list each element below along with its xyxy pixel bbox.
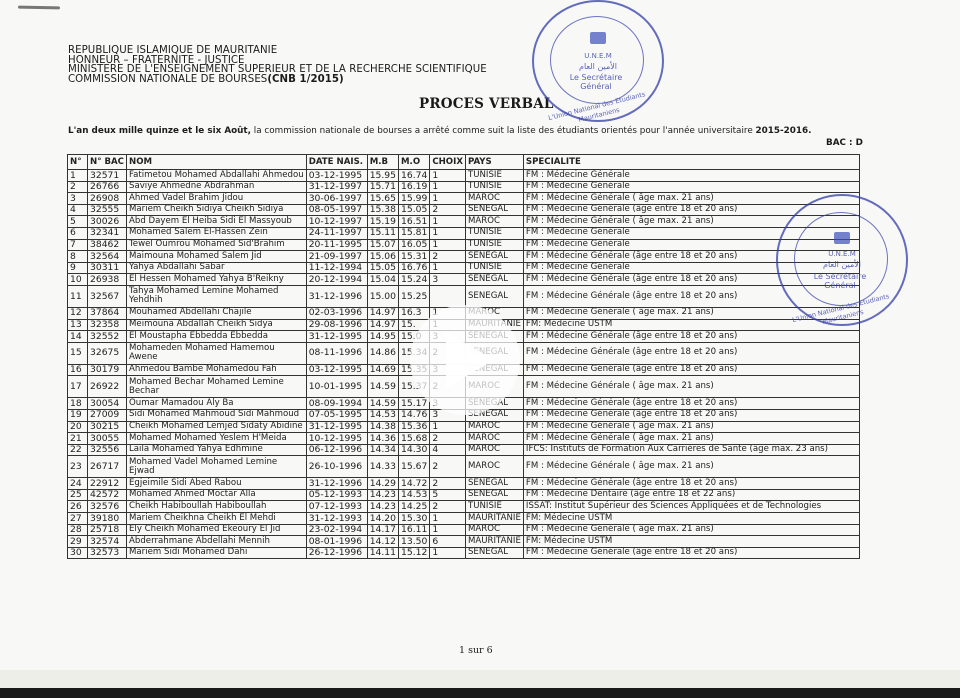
cell-bac: 26717 — [88, 456, 127, 478]
cell-nom: Egjeimile Sidi Abed Rabou — [127, 478, 307, 490]
cell-choix: 2 — [430, 478, 466, 490]
cell-mb: 14.53 — [367, 409, 398, 421]
cell-mo: 14.30 — [399, 444, 430, 456]
cell-nom: Ahmedou Bambe Mohamedou Fah — [127, 364, 307, 376]
cell-mb: 15.00 — [367, 285, 398, 307]
cell-nom: Ely Cheikh Mohamed Ekeoury El Jid — [127, 524, 307, 536]
cell-date: 08-09-1994 — [306, 398, 367, 410]
cell-choix: 1 — [430, 513, 466, 525]
cell-no: 16 — [68, 364, 88, 376]
table-row: 3032573Mariem Sidi Mohamed Dahi26-12-199… — [68, 547, 860, 559]
cell-bac: 32564 — [88, 251, 127, 263]
cell-mo: 15.05 — [399, 204, 430, 216]
cell-no: 14 — [68, 331, 88, 343]
cell-choix: 2 — [430, 433, 466, 445]
cell-nom: Tahya Mohamed Lemine Mohamed Yehdhih — [127, 285, 307, 307]
table-row: 2739180Mariem Cheikhna Cheikh El Mehdi31… — [68, 513, 860, 525]
cell-date: 07-12-1993 — [306, 501, 367, 513]
cell-mb: 14.17 — [367, 524, 398, 536]
cell-bac: 26908 — [88, 193, 127, 205]
table-row: 832564Maimouna Mohamed Salem Jid21-09-19… — [68, 251, 860, 263]
table-row: 2130055Mohamed Mohamed Yeslem H'Meida10-… — [68, 433, 860, 445]
table-header-row: N° N° BAC NOM DATE NAIS. M.B M.O CHOIX P… — [68, 155, 860, 170]
cell-nom: Mohamed Vadel Mohamed Lemine Ejwad — [127, 456, 307, 478]
cell-date: 10-01-1995 — [306, 376, 367, 398]
cell-pays: MAROC — [465, 193, 523, 205]
cell-date: 20-11-1995 — [306, 239, 367, 251]
cell-mo: 15.25 — [399, 285, 430, 307]
cell-date: 31-12-1996 — [306, 285, 367, 307]
intro-year: 2015-2016. — [756, 126, 812, 136]
intro-date: L'an deux mille quinze et le six Août, — [68, 126, 251, 136]
cell-no: 8 — [68, 251, 88, 263]
cell-date: 08-05-1997 — [306, 204, 367, 216]
cell-pays: TUNISIE — [465, 262, 523, 274]
cell-date: 24-11-1997 — [306, 227, 367, 239]
cell-mo: 16.74 — [399, 170, 430, 182]
cell-specialite: IFCS: Instituts de Formation Aux Carrièr… — [523, 444, 859, 456]
cell-mb: 15.38 — [367, 204, 398, 216]
cell-choix: 1 — [430, 181, 466, 193]
cell-no: 15 — [68, 342, 88, 364]
cell-choix: 1 — [430, 216, 466, 228]
cell-mb: 14.86 — [367, 342, 398, 364]
cell-no: 11 — [68, 285, 88, 307]
cell-nom: Yahya Abdallahi Sabar — [127, 262, 307, 274]
col-header-mb: M.B — [367, 155, 398, 170]
cell-no: 2 — [68, 181, 88, 193]
cell-mb: 14.36 — [367, 433, 398, 445]
cell-no: 23 — [68, 456, 88, 478]
cell-pays: SENEGAL — [465, 204, 523, 216]
cell-pays: SENEGAL — [465, 251, 523, 263]
cell-bac: 30055 — [88, 433, 127, 445]
cell-specialite: FM : Médecine Générale (âge entre 18 et … — [523, 285, 859, 307]
cell-date: 26-12-1996 — [306, 547, 367, 559]
col-header-nom: NOM — [127, 155, 307, 170]
cell-no: 5 — [68, 216, 88, 228]
cell-pays: MAROC — [465, 421, 523, 433]
cell-bac: 32556 — [88, 444, 127, 456]
cell-specialite: FM : Médecine Générale ( âge max. 21 ans… — [523, 433, 859, 445]
table-row: 432555Mariem Cheikh Sidiya Cheikh Sidiya… — [68, 204, 860, 216]
col-header-mo: M.O — [399, 155, 430, 170]
cell-specialite: FM : Médecine Générale — [523, 239, 859, 251]
cell-nom: Maimouna Mohamed Salem Jid — [127, 251, 307, 263]
document-title: PROCES VERBAL — [419, 96, 554, 112]
table-row: 2632576Cheikh Habiboullah Habiboullah07-… — [68, 501, 860, 513]
cell-specialite: FM : Médecine Générale (âge entre 18 et … — [523, 204, 859, 216]
cell-mb: 14.38 — [367, 421, 398, 433]
cell-nom: Mouhamed Abdellahi Chajile — [127, 307, 307, 319]
cell-date: 20-12-1994 — [306, 274, 367, 286]
cell-nom: Meimouna Abdallah Cheikh Sidya — [127, 319, 307, 331]
stamp-acronym: U.N.E.M — [534, 52, 662, 61]
cell-specialite: FM: Médecine USTM — [523, 536, 859, 548]
cell-mb: 15.04 — [367, 274, 398, 286]
bac-series-label: BAC : D — [826, 138, 863, 148]
page-bottom-edge — [0, 670, 960, 688]
cell-mo: 16.05 — [399, 239, 430, 251]
cell-date: 23-02-1994 — [306, 524, 367, 536]
cell-no: 6 — [68, 227, 88, 239]
cell-specialite: FM: Médecine USTM — [523, 319, 859, 331]
cell-bac: 39180 — [88, 513, 127, 525]
cell-mb: 14.34 — [367, 444, 398, 456]
cell-bac: 26766 — [88, 181, 127, 193]
cell-mb: 15.71 — [367, 181, 398, 193]
cell-mb: 14.29 — [367, 478, 398, 490]
cell-mb: 15.65 — [367, 193, 398, 205]
cell-mb: 14.97 — [367, 319, 398, 331]
cell-date: 31-12-1996 — [306, 478, 367, 490]
cell-mo: 13.50 — [399, 536, 430, 548]
cell-no: 30 — [68, 547, 88, 559]
stamp-role: Le Secrétaire Général — [564, 73, 628, 91]
cell-no: 22 — [68, 444, 88, 456]
cell-choix: 2 — [430, 204, 466, 216]
cell-no: 7 — [68, 239, 88, 251]
cell-choix: 5 — [430, 489, 466, 501]
cell-bac: 26938 — [88, 274, 127, 286]
cell-no: 10 — [68, 274, 88, 286]
cell-mb: 14.97 — [367, 307, 398, 319]
cell-nom: Mohamed Salem El-Hassen Zein — [127, 227, 307, 239]
cell-specialite: FM : Médecine Générale (âge entre 18 et … — [523, 398, 859, 410]
cell-mo: 14.53 — [399, 489, 430, 501]
stamp-emblem-icon — [590, 32, 606, 44]
cell-date: 07-05-1995 — [306, 409, 367, 421]
cell-specialite: FM : Médecine Générale — [523, 227, 859, 239]
cell-no: 19 — [68, 409, 88, 421]
letterhead: REPUBLIQUE ISLAMIQUE DE MAURITANIE HONNE… — [68, 46, 487, 84]
cell-date: 11-12-1994 — [306, 262, 367, 274]
cell-mb: 14.20 — [367, 513, 398, 525]
cell-mb: 14.11 — [367, 547, 398, 559]
cell-date: 10-12-1995 — [306, 433, 367, 445]
cell-mb: 14.33 — [367, 456, 398, 478]
cell-date: 03-12-1995 — [306, 170, 367, 182]
cell-bac: 32341 — [88, 227, 127, 239]
cell-specialite: FM : Médecine Générale ( âge max. 21 ans… — [523, 193, 859, 205]
letterhead-commission: COMMISSION NATIONALE DE BOURSES — [68, 74, 267, 85]
cell-date: 06-12-1996 — [306, 444, 367, 456]
cell-bac: 22912 — [88, 478, 127, 490]
cell-specialite: FM : Médecine Générale (âge entre 18 et … — [523, 409, 859, 421]
cell-choix: 2 — [430, 456, 466, 478]
cell-date: 30-06-1997 — [306, 193, 367, 205]
cell-bac: 32552 — [88, 331, 127, 343]
table-row: 1026938El Hessen Mohamed Yahya B'Reikny2… — [68, 274, 860, 286]
cell-choix: 1 — [430, 227, 466, 239]
cell-mb: 14.59 — [367, 398, 398, 410]
cell-pays: TUNISIE — [465, 239, 523, 251]
cell-date: 10-12-1997 — [306, 216, 367, 228]
cell-mo: 14.25 — [399, 501, 430, 513]
cell-specialite: FM : Médecine Générale ( âge max. 21 ans… — [523, 376, 859, 398]
cell-date: 08-11-1996 — [306, 342, 367, 364]
cell-no: 12 — [68, 307, 88, 319]
cell-bac: 30311 — [88, 262, 127, 274]
cell-specialite: FM : Médecine Générale ( âge max. 21 ans… — [523, 307, 859, 319]
cell-specialite: FM : Médecine Dentaire (âge entre 18 et … — [523, 489, 859, 501]
cell-choix: 1 — [430, 421, 466, 433]
cell-pays: SENEGAL — [465, 285, 523, 307]
cell-no: 9 — [68, 262, 88, 274]
cell-nom: Fatimetou Mohamed Abdallahi Ahmedou — [127, 170, 307, 182]
stamp-inner-ring — [550, 16, 644, 104]
cell-mo: 15.99 — [399, 193, 430, 205]
table-row: 2326717Mohamed Vadel Mohamed Lemine Ejwa… — [68, 456, 860, 478]
cell-bac: 25718 — [88, 524, 127, 536]
cell-choix: 1 — [430, 170, 466, 182]
cell-specialite: FM : Médecine Générale (âge entre 18 et … — [523, 364, 859, 376]
document-page: REPUBLIQUE ISLAMIQUE DE MAURITANIE HONNE… — [0, 0, 960, 670]
cell-mo: 16.51 — [399, 216, 430, 228]
cell-bac: 37864 — [88, 307, 127, 319]
cell-pays: MAROC — [465, 444, 523, 456]
cell-date: 26-10-1996 — [306, 456, 367, 478]
cell-nom: Cheikh Mohamed Lemjed Sidaty Abidine — [127, 421, 307, 433]
cell-mb: 15.19 — [367, 216, 398, 228]
cell-pays: TUNISIE — [465, 227, 523, 239]
cell-mo: 15.31 — [399, 251, 430, 263]
cell-choix: 1 — [430, 262, 466, 274]
cell-date: 03-12-1995 — [306, 364, 367, 376]
cell-bac: 32573 — [88, 547, 127, 559]
cell-mo: 16.76 — [399, 262, 430, 274]
cell-no: 13 — [68, 319, 88, 331]
cell-nom: Mohamed Bechar Mohamed Lemine Bechar — [127, 376, 307, 398]
cell-specialite: FM : Médecine Générale (âge entre 18 et … — [523, 274, 859, 286]
cell-mb: 14.95 — [367, 331, 398, 343]
cell-pays: MAROC — [465, 524, 523, 536]
cell-mb: 14.69 — [367, 364, 398, 376]
cell-date: 31-12-1993 — [306, 513, 367, 525]
col-header-no: N° — [68, 155, 88, 170]
cell-choix — [430, 285, 466, 307]
cell-choix: 1 — [430, 239, 466, 251]
col-header-bac: N° BAC — [88, 155, 127, 170]
intro-text: la commission nationale de bourses a arr… — [251, 126, 756, 136]
table-row: 530026Abd Dayem El Heiba Sidi El Massyou… — [68, 216, 860, 228]
cell-pays: TUNISIE — [465, 170, 523, 182]
cell-pays: MAROC — [465, 456, 523, 478]
cell-specialite: FM : Médecine Générale — [523, 181, 859, 193]
cell-pays: TUNISIE — [465, 181, 523, 193]
cell-date: 05-12-1993 — [306, 489, 367, 501]
cell-pays: SENEGAL — [465, 478, 523, 490]
cell-specialite: FM : Médecine Générale ( âge max. 21 ans… — [523, 456, 859, 478]
cell-mo: 16.11 — [399, 524, 430, 536]
cell-mo: 15.24 — [399, 274, 430, 286]
cell-mb: 14.12 — [367, 536, 398, 548]
cell-nom: Mariem Cheikh Sidiya Cheikh Sidiya — [127, 204, 307, 216]
cell-mo: 15.17 — [399, 398, 430, 410]
cell-date: 29-08-1996 — [306, 319, 367, 331]
cell-mo: 15.30 — [399, 513, 430, 525]
col-header-choix: CHOIX — [430, 155, 466, 170]
cell-bac: 32555 — [88, 204, 127, 216]
cell-choix: 3 — [430, 274, 466, 286]
cell-mo: 15.81 — [399, 227, 430, 239]
cell-no: 29 — [68, 536, 88, 548]
cell-no: 1 — [68, 170, 88, 182]
cell-nom: Mariem Cheikhna Cheikh El Mehdi — [127, 513, 307, 525]
cell-choix: 4 — [430, 444, 466, 456]
cell-bac: 42572 — [88, 489, 127, 501]
cell-mo: 14.76 — [399, 409, 430, 421]
cell-choix: 1 — [430, 193, 466, 205]
cell-no: 27 — [68, 513, 88, 525]
cell-bac: 30179 — [88, 364, 127, 376]
table-row: 2422912Egjeimile Sidi Abed Rabou31-12-19… — [68, 478, 860, 490]
cell-bac: 32571 — [88, 170, 127, 182]
cell-pays: SENEGAL — [465, 274, 523, 286]
cell-choix: 1 — [430, 524, 466, 536]
cell-pays: MAROC — [465, 216, 523, 228]
table-row: 738462Tewel Oumrou Mohamed Sid'Brahim20-… — [68, 239, 860, 251]
cell-nom: Tewel Oumrou Mohamed Sid'Brahim — [127, 239, 307, 251]
table-row: 2232556Laila Mohamed Yahya Edhmine06-12-… — [68, 444, 860, 456]
cell-specialite: FM : Médecine Générale — [523, 262, 859, 274]
cell-pays: MAURITANIE — [465, 513, 523, 525]
cell-mo: 14.72 — [399, 478, 430, 490]
cell-specialite: FM : Médecine Générale (âge entre 18 et … — [523, 331, 859, 343]
cell-nom: Oumar Mamadou Aly Ba — [127, 398, 307, 410]
cell-choix: 2 — [430, 251, 466, 263]
cell-specialite: FM : Médecine Générale (âge entre 18 et … — [523, 547, 859, 559]
cell-specialite: ISSAT: Institut Supérieur des Sciences A… — [523, 501, 859, 513]
col-header-date: DATE NAIS. — [306, 155, 367, 170]
cell-specialite: FM: Médecine USTM — [523, 513, 859, 525]
pencil-mark — [18, 6, 60, 10]
table-row: 226766Saviye Ahmedne Abdrahman31-12-1997… — [68, 181, 860, 193]
cell-pays: SENEGAL — [465, 489, 523, 501]
cell-mb: 14.23 — [367, 501, 398, 513]
table-row: 2932574Abderrahmane Abdellahi Mennih08-0… — [68, 536, 860, 548]
col-header-specialite: SPECIALITE — [523, 155, 859, 170]
cell-pays: SENEGAL — [465, 547, 523, 559]
cell-date: 31-12-1995 — [306, 421, 367, 433]
cell-no: 4 — [68, 204, 88, 216]
letterhead-cnb-ref: (CNB 1/2015) — [267, 74, 343, 85]
background-edge — [0, 688, 960, 698]
cell-bac: 32567 — [88, 285, 127, 307]
cell-date: 21-09-1997 — [306, 251, 367, 263]
cell-nom: Sidi Mohamed Mahmoud Sidi Mahmoud — [127, 409, 307, 421]
video-play-button[interactable] — [410, 305, 520, 415]
cell-bac: 30054 — [88, 398, 127, 410]
cell-nom: Saviye Ahmedne Abdrahman — [127, 181, 307, 193]
cell-nom: Mohamed Ahmed Moctar Alla — [127, 489, 307, 501]
cell-choix: 2 — [430, 501, 466, 513]
stamp-arabic-title: الأمين العام — [534, 62, 662, 71]
cell-bac: 30026 — [88, 216, 127, 228]
cell-no: 18 — [68, 398, 88, 410]
cell-no: 3 — [68, 193, 88, 205]
cell-mb: 15.95 — [367, 170, 398, 182]
table-row: 930311Yahya Abdallahi Sabar11-12-199415.… — [68, 262, 860, 274]
cell-specialite: FM : Médecine Générale (âge entre 18 et … — [523, 342, 859, 364]
cell-bac: 30215 — [88, 421, 127, 433]
table-row: 326908Ahmed Vadel Brahim Jidou30-06-1997… — [68, 193, 860, 205]
cell-mb: 14.59 — [367, 376, 398, 398]
cell-pays: TUNISIE — [465, 501, 523, 513]
cell-specialite: FM : Médecine Générale (âge entre 18 et … — [523, 478, 859, 490]
cell-mo: 15.12 — [399, 547, 430, 559]
cell-bac: 32358 — [88, 319, 127, 331]
table-row: 632341Mohamed Salem El-Hassen Zein24-11-… — [68, 227, 860, 239]
cell-date: 08-01-1996 — [306, 536, 367, 548]
table-row: 2825718Ely Cheikh Mohamed Ekeoury El Jid… — [68, 524, 860, 536]
cell-nom: Mohamed Mohamed Yeslem H'Meida — [127, 433, 307, 445]
cell-nom: Abderrahmane Abdellahi Mennih — [127, 536, 307, 548]
play-icon — [446, 332, 494, 388]
cell-mb: 15.05 — [367, 262, 398, 274]
cell-pays: MAROC — [465, 433, 523, 445]
cell-pays: MAURITANIE — [465, 536, 523, 548]
cell-nom: El Hessen Mohamed Yahya B'Reikny — [127, 274, 307, 286]
cell-specialite: FM : Médecine Générale ( âge max. 21 ans… — [523, 524, 859, 536]
cell-mo: 15.67 — [399, 456, 430, 478]
cell-nom: Mohameden Mohamed Hamemou Awene — [127, 342, 307, 364]
table-row: 2542572Mohamed Ahmed Moctar Alla05-12-19… — [68, 489, 860, 501]
table-row: 132571Fatimetou Mohamed Abdallahi Ahmedo… — [68, 170, 860, 182]
cell-date: 31-12-1995 — [306, 331, 367, 343]
cell-no: 20 — [68, 421, 88, 433]
cell-bac: 32576 — [88, 501, 127, 513]
cell-mb: 15.11 — [367, 227, 398, 239]
cell-date: 31-12-1997 — [306, 181, 367, 193]
cell-nom: Laila Mohamed Yahya Edhmine — [127, 444, 307, 456]
cell-mo: 15.68 — [399, 433, 430, 445]
cell-nom: El Moustapha Ebbedda Ebbedda — [127, 331, 307, 343]
letterhead-line-4: COMMISSION NATIONALE DE BOURSES(CNB 1/20… — [68, 75, 487, 85]
table-row: 2030215Cheikh Mohamed Lemjed Sidaty Abid… — [68, 421, 860, 433]
cell-specialite: FM : Médecine Générale ( âge max. 21 ans… — [523, 216, 859, 228]
cell-nom: Cheikh Habiboullah Habiboullah — [127, 501, 307, 513]
cell-date: 02-03-1996 — [306, 307, 367, 319]
cell-mb: 15.07 — [367, 239, 398, 251]
cell-bac: 32574 — [88, 536, 127, 548]
cell-bac: 27009 — [88, 409, 127, 421]
cell-mo: 15.36 — [399, 421, 430, 433]
cell-nom: Abd Dayem El Heiba Sidi El Massyoub — [127, 216, 307, 228]
cell-bac: 26922 — [88, 376, 127, 398]
cell-specialite: FM : Médecine Générale ( âge max. 21 ans… — [523, 421, 859, 433]
cell-nom: Ahmed Vadel Brahim Jidou — [127, 193, 307, 205]
cell-choix: 1 — [430, 547, 466, 559]
cell-no: 26 — [68, 501, 88, 513]
col-header-pays: PAYS — [465, 155, 523, 170]
page-number: 1 sur 6 — [459, 645, 493, 656]
cell-nom: Mariem Sidi Mohamed Dahi — [127, 547, 307, 559]
cell-specialite: FM : Médecine Générale (âge entre 18 et … — [523, 251, 859, 263]
cell-mb: 14.23 — [367, 489, 398, 501]
cell-no: 24 — [68, 478, 88, 490]
cell-no: 25 — [68, 489, 88, 501]
cell-no: 28 — [68, 524, 88, 536]
cell-mo: 16.19 — [399, 181, 430, 193]
cell-mo: 16.3 — [399, 307, 430, 319]
cell-bac: 38462 — [88, 239, 127, 251]
cell-mb: 15.06 — [367, 251, 398, 263]
cell-no: 21 — [68, 433, 88, 445]
cell-bac: 32675 — [88, 342, 127, 364]
cell-specialite: FM : Médecine Générale — [523, 170, 859, 182]
cell-choix: 6 — [430, 536, 466, 548]
